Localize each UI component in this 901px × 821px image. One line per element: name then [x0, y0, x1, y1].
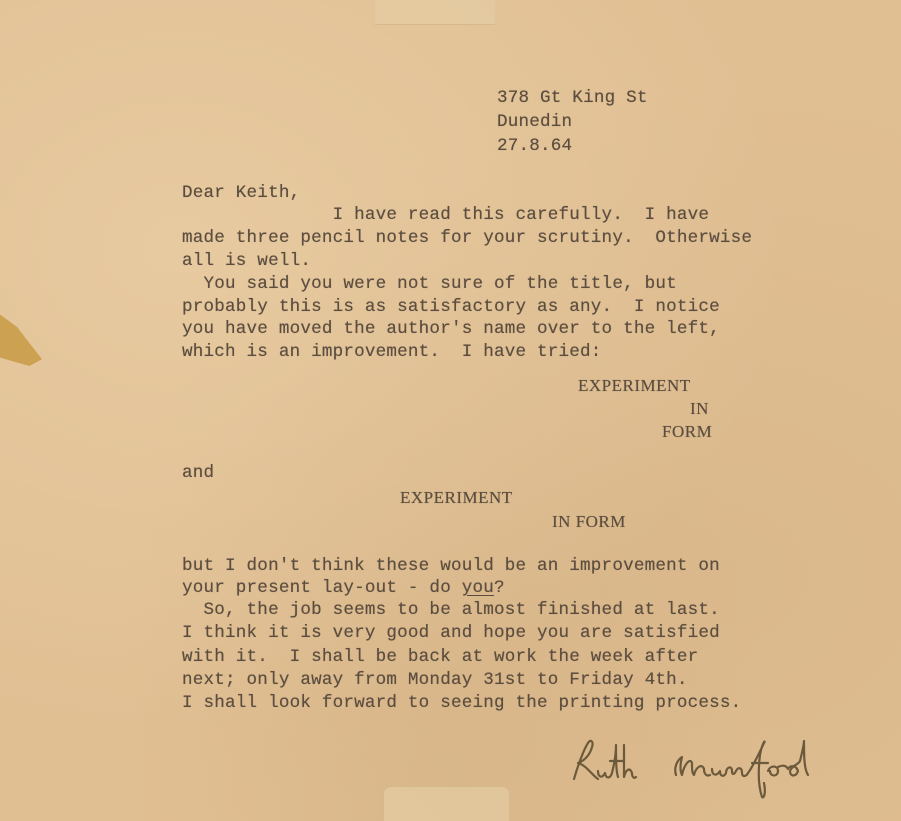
connector-and: and	[182, 462, 214, 485]
body-line: I shall look forward to seeing the print…	[182, 692, 741, 715]
letter-page: 378 Gt King StDunedin27.8.64 Dear Keith,…	[0, 0, 901, 821]
line-text: your present lay-out - do	[182, 578, 462, 598]
body-line: which is an improvement. I have tried:	[182, 341, 602, 364]
tape-mark-top	[375, 0, 495, 25]
body-line: made three pencil notes for your scrutin…	[182, 227, 752, 250]
body-line: probably this is as satisfactory as any.…	[182, 296, 720, 319]
body-line: all is well.	[182, 250, 311, 273]
body-line: you have moved the author's name over to…	[182, 318, 720, 341]
address-city: Dunedin	[497, 110, 648, 134]
title-option-2-line-1: EXPERIMENT	[400, 486, 513, 509]
title-option-1-line-3: FORM	[662, 420, 712, 443]
body-line: I think it is very good and hope you are…	[182, 622, 720, 645]
body-line: with it. I shall be back at work the wee…	[182, 646, 698, 669]
salutation: Dear Keith,	[182, 182, 300, 205]
body-line: You said you were not sure of the title,…	[182, 273, 677, 296]
underlined-word: you	[462, 578, 494, 598]
letter-date: 27.8.64	[497, 134, 648, 158]
body-line: next; only away from Monday 31st to Frid…	[182, 669, 688, 692]
title-option-1-line-2: IN	[690, 397, 709, 420]
address-street: 378 Gt King St	[497, 86, 648, 110]
body-line: So, the job seems to be almost finished …	[182, 599, 720, 622]
sender-address: 378 Gt King StDunedin27.8.64	[497, 86, 648, 158]
line-text: ?	[494, 578, 505, 598]
title-option-2-line-2: IN FORM	[552, 510, 626, 533]
body-line: but I don't think these would be an impr…	[182, 555, 720, 578]
tape-mark-bottom	[383, 786, 510, 821]
body-line: I have read this carefully. I have	[182, 204, 709, 227]
title-option-1-line-1: EXPERIMENT	[578, 374, 691, 397]
handwritten-signature: Ruth Mumford	[572, 735, 852, 805]
body-line: your present lay-out - do you?	[182, 577, 505, 600]
paper-stain	[0, 310, 42, 366]
